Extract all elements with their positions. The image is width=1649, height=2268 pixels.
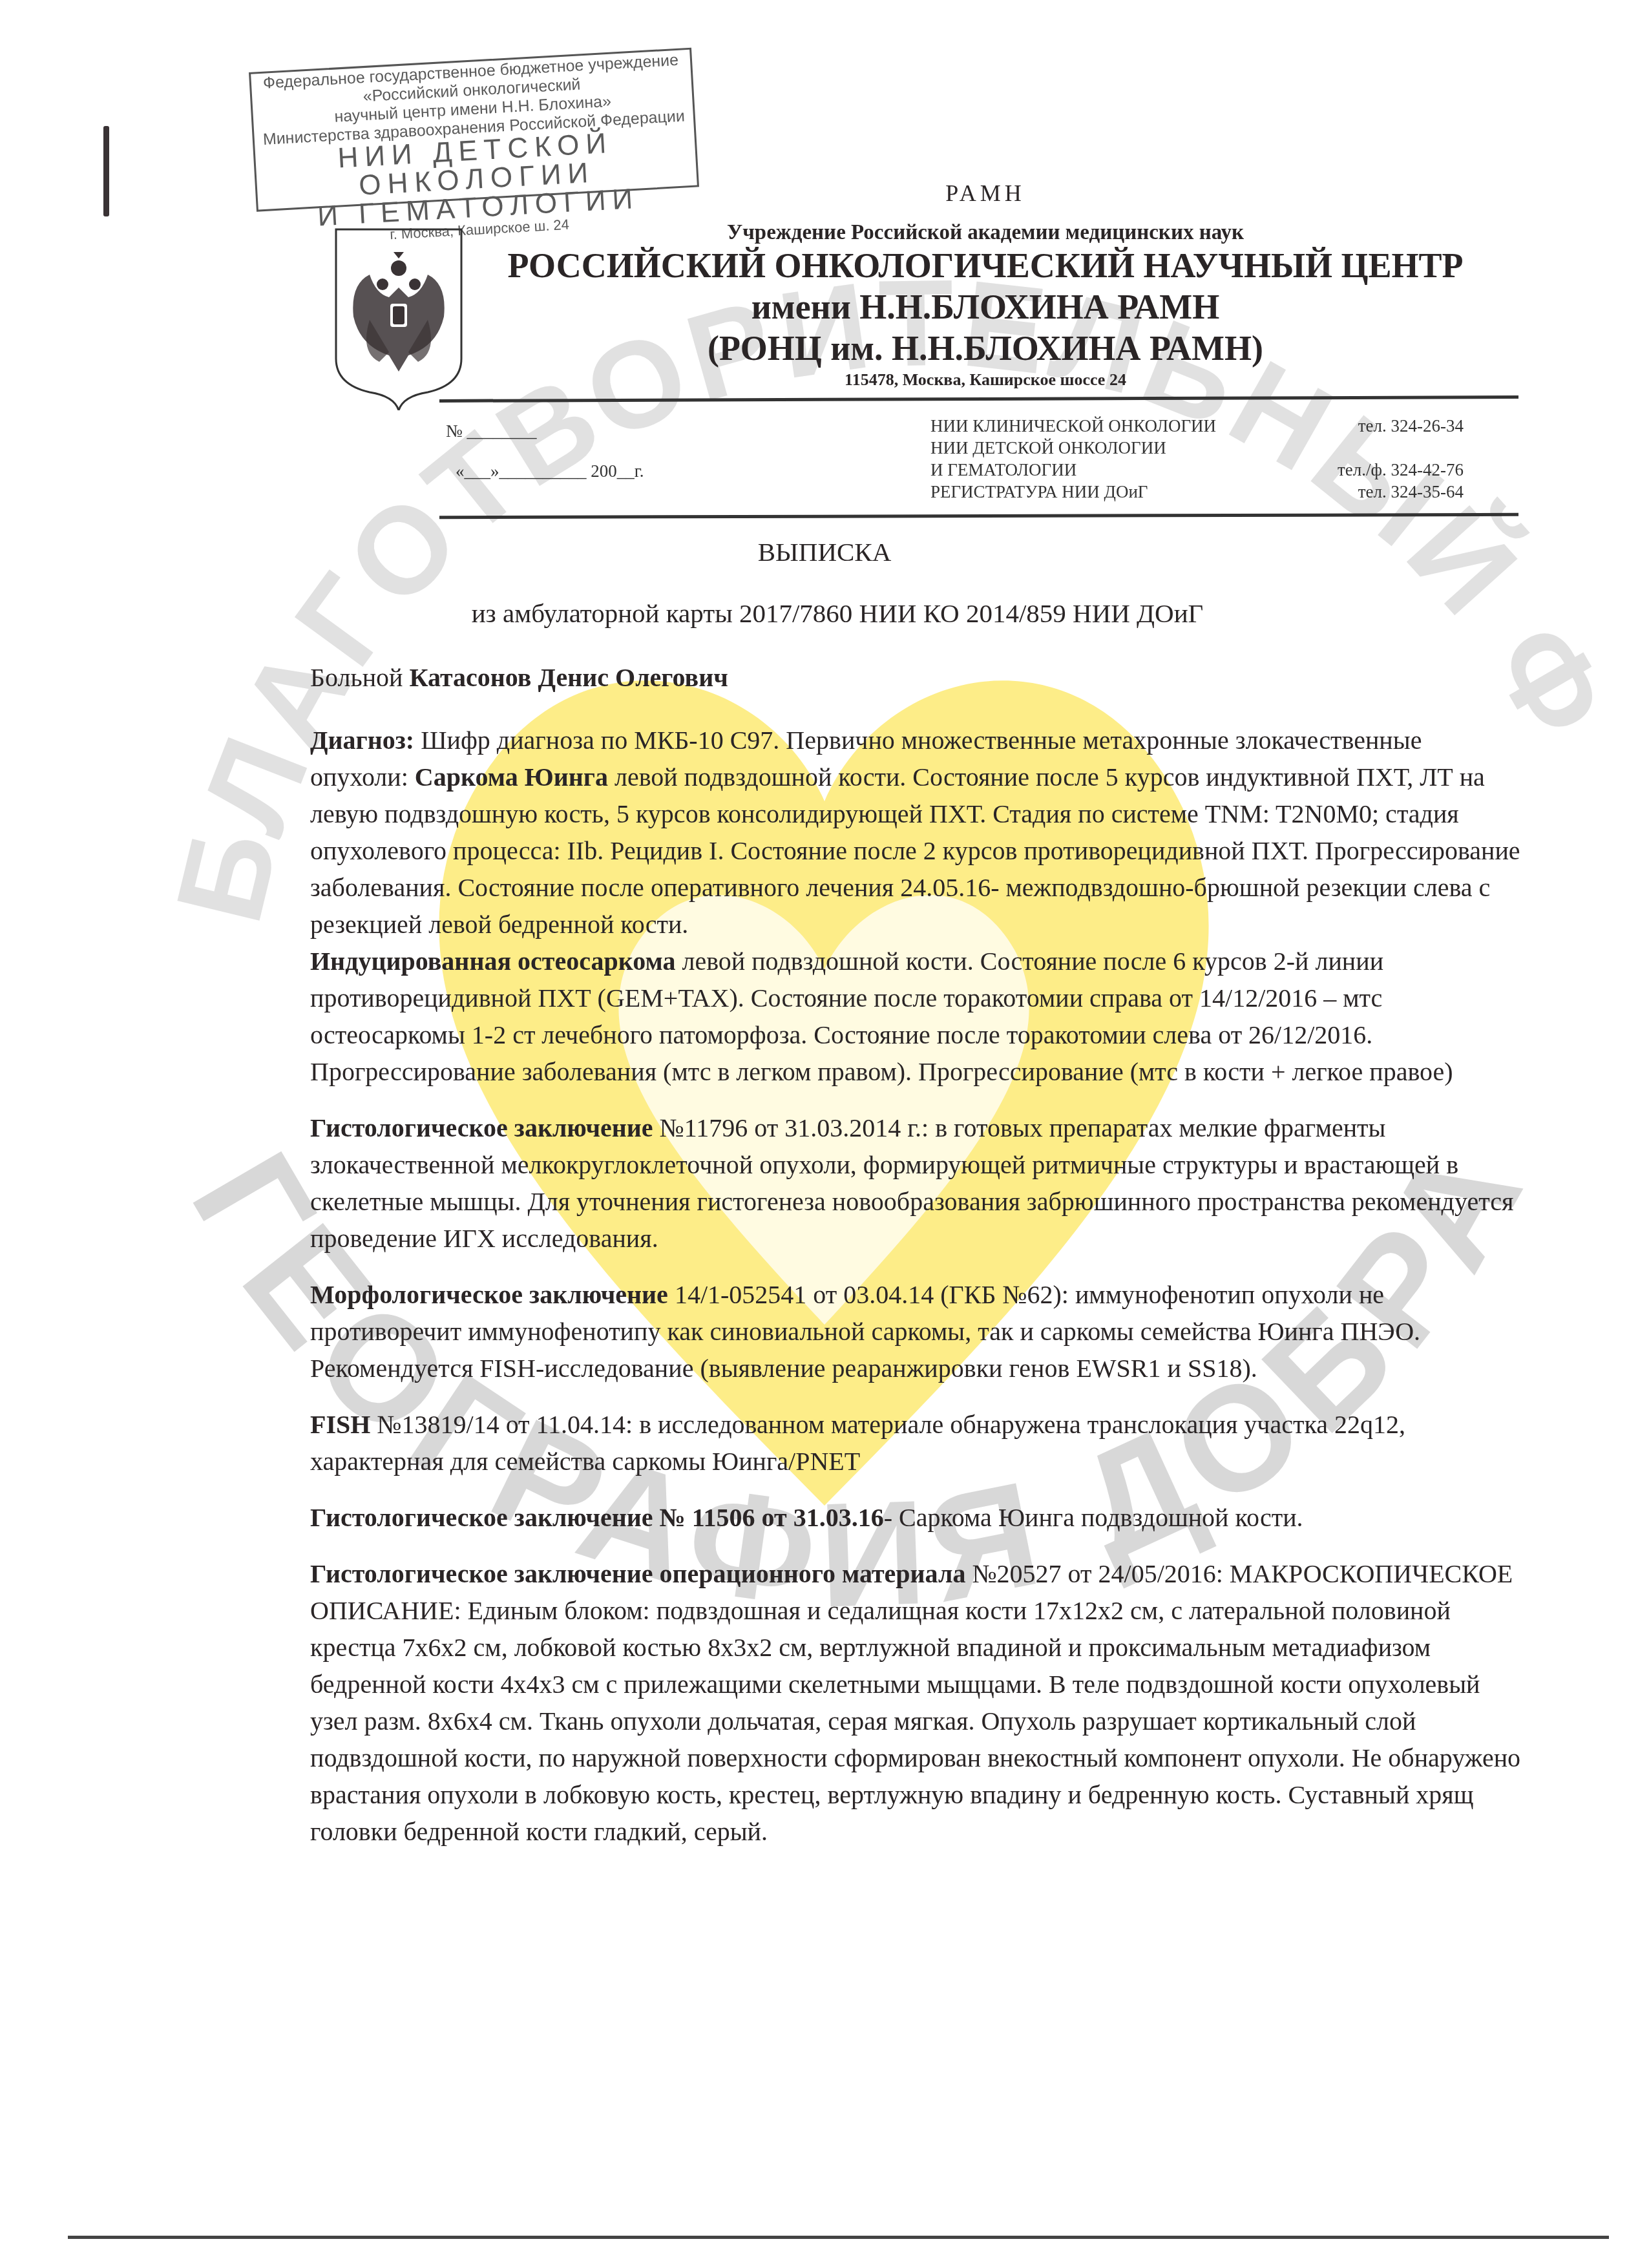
section-morphology: Морфологическое заключение 14/1-052541 о… xyxy=(310,1276,1525,1387)
letterhead-name-1: РОССИЙСКИЙ ОНКОЛОГИЧЕСКИЙ НАУЧНЫЙ ЦЕНТР xyxy=(439,245,1531,286)
phone-item xyxy=(1338,437,1464,459)
phone-list: тел. 324-26-34 тел./ф. 324-42-76 тел. 32… xyxy=(1338,415,1464,503)
department-item: НИИ ДЕТСКОЙ ОНКОЛОГИИ xyxy=(930,437,1216,459)
patient-line: Больной Катасонов Денис Олегович xyxy=(310,659,1525,696)
section-heading: Гистологическое заключение операционного… xyxy=(310,1559,965,1588)
letterhead-name-3: (РОНЦ им. Н.Н.БЛОХИНА РАМН) xyxy=(439,328,1531,369)
section-heading: Гистологическое заключение xyxy=(310,1113,653,1142)
document-subtitle: из амбулаторной карты 2017/7860 НИИ КО 2… xyxy=(0,598,1649,629)
section-heading: FISH xyxy=(310,1410,370,1439)
section-heading: Диагноз: xyxy=(310,726,414,755)
section-fish: FISH №13819/14 от 11.04.14: в исследован… xyxy=(310,1406,1525,1480)
patient-label: Больной xyxy=(310,663,403,692)
section-diagnosis: Диагноз: Шифр диагноза по МКБ-10 С97. Пе… xyxy=(310,722,1525,1090)
section-histology-operative: Гистологическое заключение операционного… xyxy=(310,1555,1525,1850)
phone-item: тел. 324-26-34 xyxy=(1338,415,1464,437)
letterhead: РАМН Учреждение Российской академии меди… xyxy=(439,174,1531,390)
header-divider-bottom xyxy=(439,513,1518,519)
department-item: НИИ КЛИНИЧЕСКОЙ ОНКОЛОГИИ xyxy=(930,415,1216,437)
letterhead-ramn: РАМН xyxy=(439,180,1531,207)
section-heading: Гистологическое заключение № 11506 от 31… xyxy=(310,1503,884,1532)
section-histology-1: Гистологическое заключение №11796 от 31.… xyxy=(310,1109,1525,1257)
document-number-field: № ________ xyxy=(446,420,537,442)
phone-item: тел./ф. 324-42-76 xyxy=(1338,459,1464,481)
page-bottom-edge xyxy=(68,2236,1609,2239)
document-date-field: «___»__________ 200__г. xyxy=(456,460,644,482)
section-histology-2: Гистологическое заключение № 11506 от 31… xyxy=(310,1499,1525,1536)
department-item: РЕГИСТРАТУРА НИИ ДОиГ xyxy=(930,481,1216,503)
patient-name: Катасонов Денис Олегович xyxy=(409,663,728,692)
letterhead-address: 115478, Москва, Каширское шоссе 24 xyxy=(439,370,1531,390)
phone-item: тел. 324-35-64 xyxy=(1338,481,1464,503)
letterhead-institution: Учреждение Российской академии медицинск… xyxy=(439,221,1531,245)
document-body: Больной Катасонов Денис Олегович Диагноз… xyxy=(310,659,1525,1869)
header-divider-top xyxy=(439,395,1518,403)
document-title: ВЫПИСКА xyxy=(0,536,1649,567)
department-item: И ГЕМАТОЛОГИИ xyxy=(930,459,1216,481)
section-heading: Морфологическое заключение xyxy=(310,1280,668,1309)
department-list: НИИ КЛИНИЧЕСКОЙ ОНКОЛОГИИ НИИ ДЕТСКОЙ ОН… xyxy=(930,415,1216,503)
scan-mark xyxy=(103,126,109,216)
letterhead-name-2: имени Н.Н.БЛОХИНА РАМН xyxy=(439,286,1531,328)
